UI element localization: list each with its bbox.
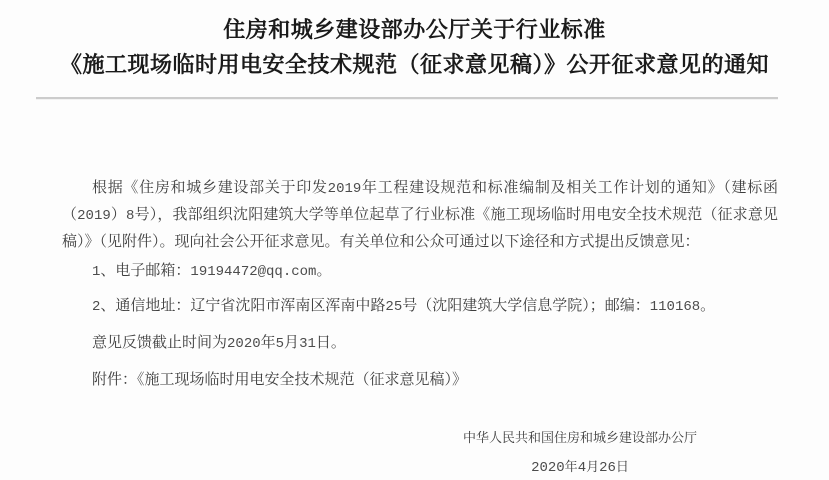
feedback-channel-postal-address: 2、通信地址：辽宁省沈阳市浑南区浑南中路25号（沈阳建筑大学信息学院）；邮编：1… [62, 293, 778, 320]
document-title: 住房和城乡建设部办公厅关于行业标准 《施工现场临时用电安全技术规范（征求意见稿）… [0, 0, 829, 83]
document-title-line-2: 《施工现场临时用电安全技术规范（征求意见稿）》公开征求意见的通知 [0, 48, 829, 83]
feedback-channel-email: 1、电子邮箱：19194472@qq.com。 [62, 258, 778, 285]
attachment-line: 附件：《施工现场临时用电安全技术规范（征求意见稿）》 [62, 367, 778, 392]
document-title-line-1: 住房和城乡建设部办公厅关于行业标准 [0, 13, 829, 48]
document-body: 根据《住房和城乡建设部关于印发2019年工程建设规范和标准编制及相关工作计划的通… [62, 175, 778, 392]
title-divider [36, 97, 778, 100]
issue-date: 2020年4月26日 [456, 452, 704, 480]
intro-paragraph: 根据《住房和城乡建设部关于印发2019年工程建设规范和标准编制及相关工作计划的通… [62, 175, 778, 254]
issuer-name: 中华人民共和国住房和城乡建设部办公厅 [456, 423, 704, 452]
notice-document: 住房和城乡建设部办公厅关于行业标准 《施工现场临时用电安全技术规范（征求意见稿）… [0, 0, 829, 480]
signature-block: 中华人民共和国住房和城乡建设部办公厅 2020年4月26日 [456, 423, 704, 480]
feedback-deadline-line: 意见反馈截止时间为2020年5月31日。 [62, 330, 778, 357]
